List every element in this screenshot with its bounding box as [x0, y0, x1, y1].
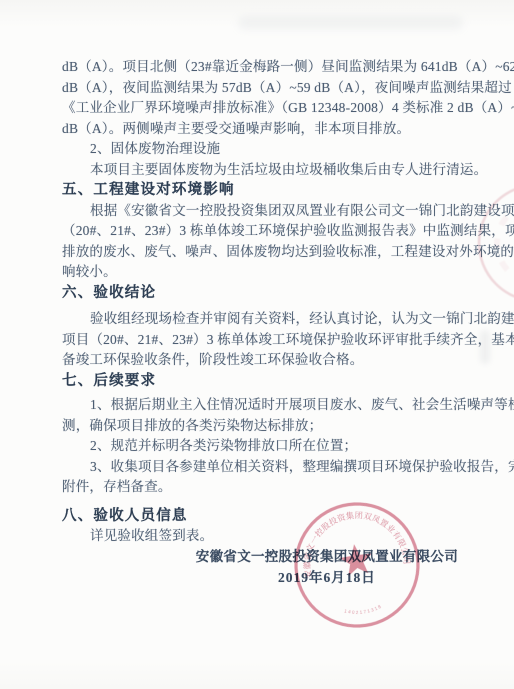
doc-line: 根据《安徽省文一控股投资集团双凤置业有限公司文一锦门北韵建设项目 — [62, 201, 474, 222]
section-heading: 七、后续要求 — [62, 371, 474, 392]
doc-line: 备竣工环保验收条件，阶段性竣工环保验收合格。 — [62, 350, 474, 371]
doc-line: 详见验收组签到表。 — [62, 526, 474, 547]
section-heading: 五、工程建设对环境影响 — [62, 180, 474, 201]
signature-company: 安徽省文一控股投资集团双凤置业有限公司 — [196, 547, 458, 568]
doc-line: dB（A）。项目北侧（23#靠近金梅路一侧）昼间监测结果为 641dB（A）~6… — [62, 57, 474, 78]
signature-date: 2019年6月18日 — [196, 568, 458, 589]
doc-line: 本项目主要固体废物为生活垃圾由垃圾桶收集后由专人进行清运。 — [62, 160, 474, 181]
svg-text:1402171318: 1402171318 — [343, 603, 383, 617]
signature-block: 安徽省文一控股投资集团双凤置业有限公司 2019年6月18日 — [196, 547, 458, 589]
doc-line: 排放的废水、废气、噪声、固体废物均达到验收标准，工程建设对外环境的影 — [62, 242, 474, 263]
doc-line: 响较小。 — [62, 262, 474, 283]
doc-line: 验收组经现场检查并审阅有关资料，经认真讨论，认为文一锦门北韵建设 — [62, 309, 474, 330]
doc-line: dB（A），夜间监测结果为 57dB（A）~59 dB（A），夜间噪声监测结果超… — [62, 78, 474, 99]
doc-subitem: 2、固体废物治理设施 — [62, 139, 474, 160]
doc-line: dB（A）。两侧噪声主要受交通噪声影响，非本项目排放。 — [62, 119, 474, 140]
doc-numbered-item: 2、规范并标明各类污染物排放口所在位置； — [62, 436, 474, 457]
seal-serial-text: 1402171318 — [343, 603, 383, 617]
doc-line: 《工业企业厂界环境噪声排放标准》（GB 12348-2008）4 类标准 2 d… — [62, 98, 474, 119]
scanned-document-page: dB（A）。项目北侧（23#靠近金梅路一侧）昼间监测结果为 641dB（A）~6… — [0, 0, 514, 689]
doc-line: 项目（20#、21#、23#）3 栋单体竣工环境保护验收环评审批手续齐全，基本具 — [62, 330, 474, 351]
section-heading: 六、验收结论 — [62, 283, 474, 304]
doc-line: （20#、21#、23#）3 栋单体竣工环境保护验收监测报告表》中监测结果，项目 — [62, 221, 474, 242]
doc-numbered-item: 3、收集项目各参建单位相关资料，整理编撰项目环境保护验收报告，完善 — [62, 457, 474, 478]
doc-line: 测，确保项目排放的各类污染物达标排放； — [62, 416, 474, 437]
doc-line: 附件，存档备查。 — [62, 477, 474, 498]
doc-numbered-item: 1、根据后期业主入住情况适时开展项目废水、废气、社会生活噪声等检 — [62, 395, 474, 416]
section-heading: 八、验收人员信息 — [62, 506, 474, 527]
document-body: dB（A）。项目北侧（23#靠近金梅路一侧）昼间监测结果为 641dB（A）~6… — [0, 0, 514, 589]
